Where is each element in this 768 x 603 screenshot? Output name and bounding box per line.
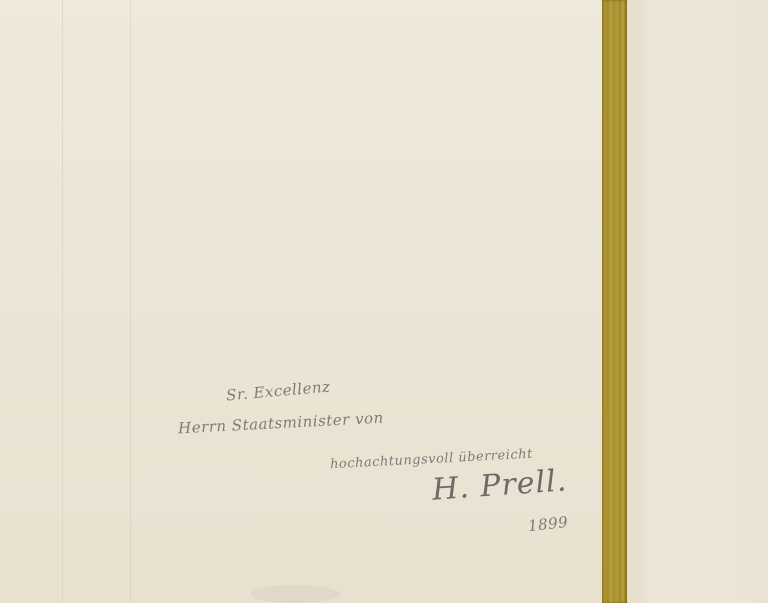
- inscription-year: 1899: [527, 513, 569, 535]
- page: Sr. Excellenz Herrn Staatsminister von h…: [0, 0, 602, 603]
- paper-crease: [130, 0, 131, 603]
- inscription-line-1: Sr. Excellenz: [225, 377, 331, 404]
- endpaper: [627, 0, 768, 603]
- paper-crease: [62, 0, 63, 603]
- inscription-line-2: Herrn Staatsminister von: [178, 409, 384, 438]
- paper-stain: [250, 585, 340, 603]
- book-spine-binding: [602, 0, 627, 603]
- signature: H. Prell.: [431, 463, 568, 507]
